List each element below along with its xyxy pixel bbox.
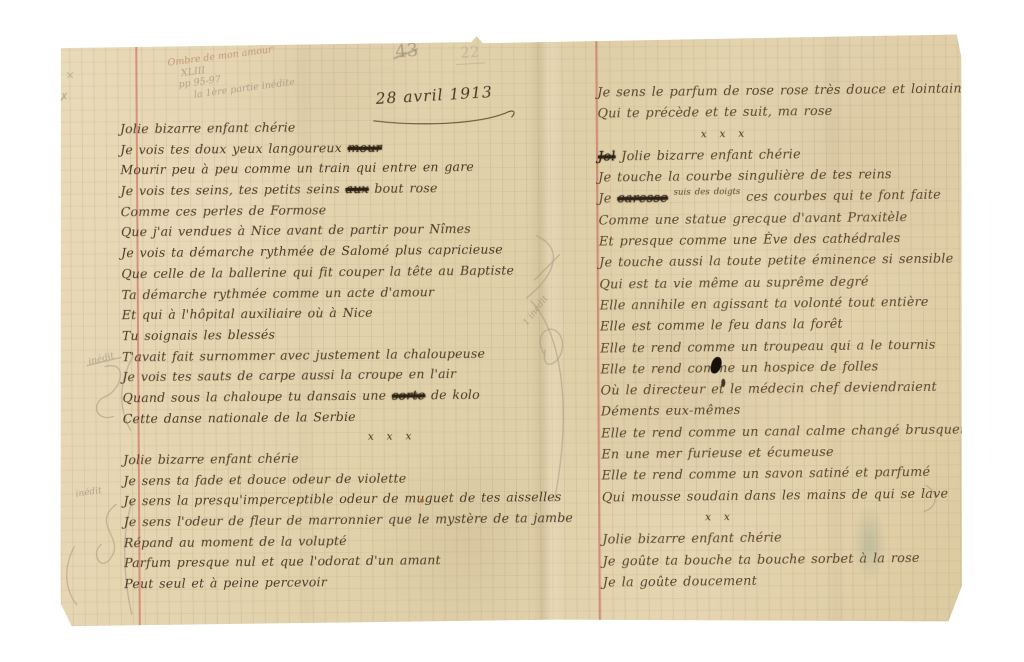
photo-background: { "date": "28 avril 1913", "separator_no… [0,0,1024,662]
struck-word: sorte [392,387,425,402]
margin-note: inédit [75,485,103,500]
inserted-word: suis des doigts [674,182,741,204]
left-page: Jolie bizarre enfant chérieJe vois tes d… [120,115,574,595]
struck-word: mour [348,139,382,154]
poem-line: Peut seul et à peine percevoir [124,570,573,595]
right-page: Je sens le parfum de rose rose très douc… [597,78,995,594]
manuscript-photo: 1 inédit inédit inédit Ombre de mon amou… [0,0,1024,662]
date: 28 avril 1913 [375,83,493,108]
pencil-number-faint: 22 [455,42,485,65]
poem-line: Je touche aussi la toute petite éminence… [599,248,992,274]
pencil-x-mark: ✗ [60,91,69,104]
pencil-x-mark: × [65,69,74,82]
poem-line: Je la goûte doucement [603,568,996,594]
struck-word: aux [345,181,368,196]
struck-word: Jol [598,149,616,164]
struck-word: caresse [617,191,668,207]
poem-line: Je caresse suis des doigts ces courbes q… [598,185,991,211]
pencil-number-struck: 43 [394,40,419,63]
poem-line: Que celle de la ballerine qui fit couper… [121,260,570,285]
poem-line: Qui mousse soudain dans les mains de qui… [602,483,995,509]
ink-drip [721,379,725,387]
manuscript-paper: 1 inédit inédit inédit Ombre de mon amou… [57,33,965,627]
poem-line: Elle te rend comme un troupeau qui a le … [600,334,993,360]
pencil-annotation-block: Ombre de mon amourXLIIIpp 95-97la 1ère p… [167,42,296,103]
faded-stamp [852,504,886,582]
margin-note-struck: inédit [87,350,116,367]
poem-line: Elle te rend comme un canal calme changé… [601,419,994,445]
ink-speck [420,499,424,503]
poem-line: Je sens l'odeur de fleur de marronnier q… [124,508,573,533]
